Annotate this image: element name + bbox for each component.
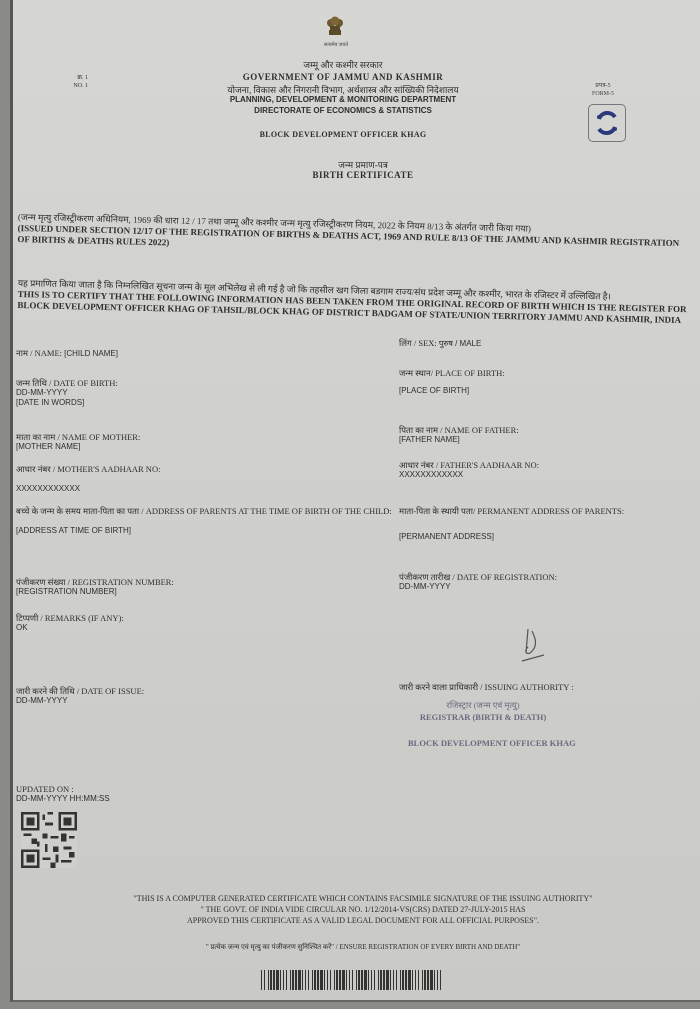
mother-aadhaar-label: आधार नंबर / MOTHER'S AADHAAR NO: <box>16 464 160 474</box>
address-at-birth-value: [ADDRESS AT TIME OF BIRTH] <box>16 526 396 536</box>
name-label: नाम / NAME: <box>16 348 62 358</box>
updated-on-label: UPDATED ON : <box>16 784 110 794</box>
serial-hindi: क्र. 1 <box>58 74 88 82</box>
dob-value: DD-MM-YYYY <box>16 388 118 398</box>
father-name-field: पिता का नाम / NAME OF FATHER: [FATHER NA… <box>399 425 519 445</box>
pob-value: [PLACE OF BIRTH] <box>399 386 505 396</box>
remarks-label: टिप्पणी / REMARKS (IF ANY): <box>16 613 124 623</box>
registration-number-value: [REGISTRATION NUMBER] <box>16 587 174 597</box>
father-aadhaar-value: XXXXXXXXXXXX <box>399 470 539 480</box>
issuing-authority-label: जारी करने वाला प्राधिकारी / ISSUING AUTH… <box>399 682 574 692</box>
mother-name-field: माता का नाम / NAME OF MOTHER: [MOTHER NA… <box>16 432 140 452</box>
sex-field: लिंग / SEX: पुरुष / MALE <box>399 338 481 349</box>
place-of-birth-field: जन्म स्थान/ PLACE OF BIRTH: [PLACE OF BI… <box>399 368 505 396</box>
permanent-address-value: [PERMANENT ADDRESS] <box>399 532 699 542</box>
date-of-issue-label: जारी करने की तिथि / DATE OF ISSUE: <box>16 686 144 696</box>
form-english: FORM-5 <box>583 90 623 98</box>
disclaimer-line-2: " THE GOVT. OF INDIA VIDE CIRCULAR NO. 1… <box>53 904 673 915</box>
mother-label: माता का नाम / NAME OF MOTHER: <box>16 432 140 442</box>
date-of-issue-field: जारी करने की तिथि / DATE OF ISSUE: DD-MM… <box>16 686 144 706</box>
remarks-field: टिप्पणी / REMARKS (IF ANY): OK <box>16 613 124 633</box>
updated-on-value: DD-MM-YYYY HH:MM:SS <box>16 794 110 804</box>
emblem-caption: सत्यमेव जयते <box>311 42 361 48</box>
serial-english: NO. 1 <box>58 82 88 90</box>
registrar-office-stamp: BLOCK DEVELOPMENT OFFICER KHAG <box>408 738 576 748</box>
slogan: " प्रत्येक जन्म एवं मृत्यु का पंजीकरण सु… <box>53 942 673 953</box>
registration-date-field: पंजीकरण तारीख / DATE OF REGISTRATION: DD… <box>399 572 557 592</box>
certification-statement: यह प्रमाणित किया जाता है कि निम्नलिखित स… <box>17 278 693 326</box>
sex-value: पुरुष / MALE <box>439 339 481 348</box>
govt-name-hindi: जम्मू और कश्मीर सरकार <box>163 58 523 71</box>
disclaimer-line-3: APPROVED THIS CERTIFICATE AS A VALID LEG… <box>53 915 673 926</box>
certificate-title: BIRTH CERTIFICATE <box>213 170 513 180</box>
signature-icon <box>518 625 548 665</box>
mother-aadhaar-field: आधार नंबर / MOTHER'S AADHAAR NO: XXXXXXX… <box>16 464 160 494</box>
father-value: [FATHER NAME] <box>399 435 519 445</box>
crs-logo-icon <box>588 104 626 142</box>
address-at-birth-label: बच्चे के जन्म के समय माता-पिता का पता / … <box>16 506 396 516</box>
permanent-address-label: माता-पिता के स्थायी पता/ PERMANENT ADDRE… <box>399 506 699 516</box>
office-name: BLOCK DEVELOPMENT OFFICER KHAG <box>163 130 523 139</box>
name-value: [CHILD NAME] <box>64 349 118 358</box>
name-field: नाम / NAME: [CHILD NAME] <box>16 348 118 359</box>
department-name: PLANNING, DEVELOPMENT & MONITORING DEPAR… <box>133 95 553 104</box>
dob-field: जन्म तिथि / DATE OF BIRTH: DD-MM-YYYY [D… <box>16 378 118 408</box>
father-aadhaar-label: आधार नंबर / FATHER'S AADHAAR NO: <box>399 460 539 470</box>
form-number: प्रपत्र-5 FORM-5 <box>583 82 623 98</box>
dob-label: जन्म तिथि / DATE OF BIRTH: <box>16 378 118 388</box>
registrar-stamp-hindi: रजिस्ट्रार (जन्म एवं मृत्यु) <box>403 700 563 710</box>
qr-code-icon[interactable] <box>21 812 77 868</box>
registration-date-label: पंजीकरण तारीख / DATE OF REGISTRATION: <box>399 572 557 582</box>
disclaimer: "THIS IS A COMPUTER GENERATED CERTIFICAT… <box>53 893 673 926</box>
father-label: पिता का नाम / NAME OF FATHER: <box>399 425 519 435</box>
disclaimer-line-1: "THIS IS A COMPUTER GENERATED CERTIFICAT… <box>53 893 673 904</box>
date-of-issue-value: DD-MM-YYYY <box>16 696 144 706</box>
registration-number-field: पंजीकरण संख्या / REGISTRATION NUMBER: [R… <box>16 577 174 597</box>
permanent-address-field: माता-पिता के स्थायी पता/ PERMANENT ADDRE… <box>399 506 699 542</box>
registration-number-label: पंजीकरण संख्या / REGISTRATION NUMBER: <box>16 577 174 587</box>
updated-on-field: UPDATED ON : DD-MM-YYYY HH:MM:SS <box>16 784 110 804</box>
form-hindi: प्रपत्र-5 <box>583 82 623 90</box>
father-aadhaar-field: आधार नंबर / FATHER'S AADHAAR NO: XXXXXXX… <box>399 460 539 480</box>
registration-date-value: DD-MM-YYYY <box>399 582 557 592</box>
serial-number: क्र. 1 NO. 1 <box>58 74 88 90</box>
issued-under-section: (जन्म मृत्यु रजिस्ट्रीकरण अधिनियम, 1969 … <box>17 212 693 260</box>
dob-words: [DATE IN WORDS] <box>16 398 118 408</box>
registrar-stamp: REGISTRAR (BIRTH & DEATH) <box>403 712 563 722</box>
barcode-icon <box>261 970 441 990</box>
mother-value: [MOTHER NAME] <box>16 442 140 452</box>
birth-certificate-page: सत्यमेव जयते क्र. 1 NO. 1 जम्मू और कश्मी… <box>10 0 700 1002</box>
pob-label: जन्म स्थान/ PLACE OF BIRTH: <box>399 368 505 378</box>
govt-name: GOVERNMENT OF JAMMU AND KASHMIR <box>163 72 523 82</box>
mother-aadhaar-value: XXXXXXXXXXXX <box>16 484 160 494</box>
national-emblem-icon <box>323 12 347 38</box>
address-at-birth-field: बच्चे के जन्म के समय माता-पिता का पता / … <box>16 506 396 536</box>
sex-label: लिंग / SEX: <box>399 338 437 348</box>
directorate-name: DIRECTORATE OF ECONOMICS & STATISTICS <box>133 106 553 115</box>
remarks-value: OK <box>16 623 124 633</box>
